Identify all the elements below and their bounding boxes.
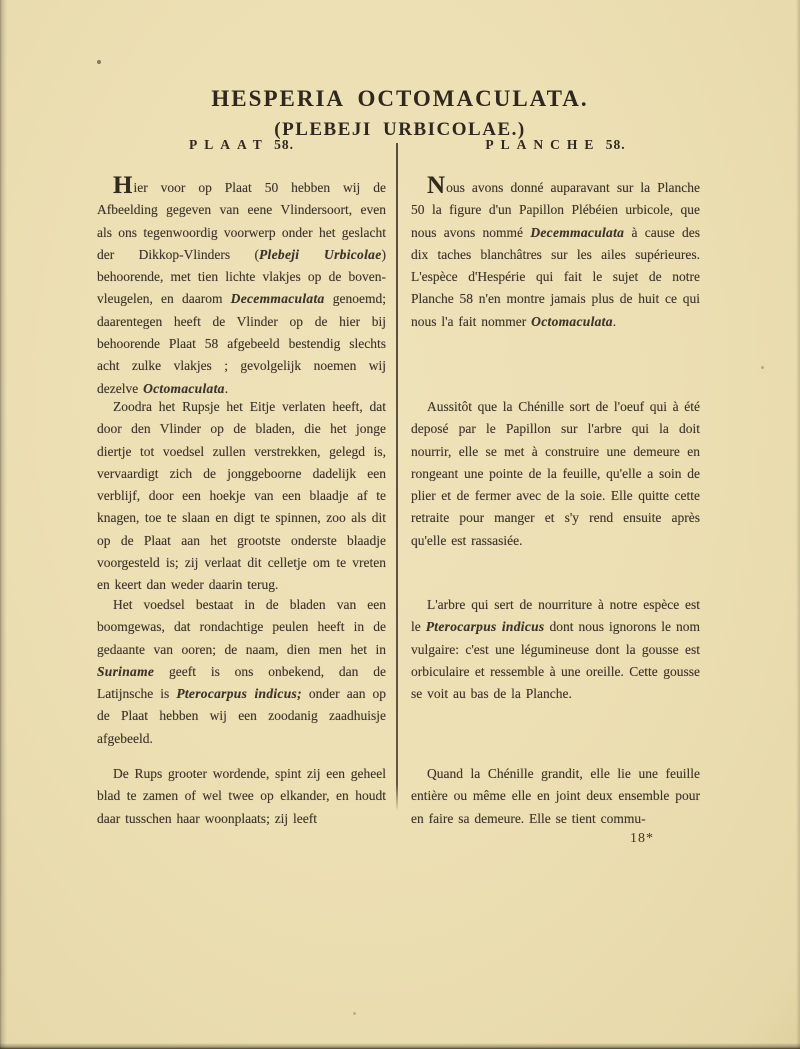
species-name-italic: Octomaculata	[143, 381, 225, 396]
body-text: .	[613, 314, 616, 329]
body-text: Quand la Chénille grandit, elle lie une …	[411, 766, 700, 826]
french-column: PLANCHE 58. Nous avons donné auparavant …	[411, 137, 700, 847]
species-name-italic: Decemmaculata	[231, 291, 325, 306]
page-bottom-edge-shadow	[0, 1043, 800, 1049]
paper-speck	[761, 366, 764, 369]
paragraph: Aussitôt que la Chénille sort de l'oeuf …	[411, 396, 700, 594]
body-text: .	[225, 381, 228, 396]
paragraph: Hier voor op Plaat 50 hebben wij de Afbe…	[97, 172, 386, 396]
column-divider-rule	[396, 143, 398, 811]
species-name-italic: Plebeji Urbicolae	[259, 247, 381, 262]
species-name-italic: Octomaculata	[531, 314, 613, 329]
sheet-signature: 18*	[411, 831, 700, 847]
species-name-italic: Suriname	[97, 664, 154, 679]
body-text: Aussitôt que la Chénille sort de l'oeuf …	[411, 399, 700, 548]
page-left-edge-shadow	[0, 0, 7, 1049]
species-name-italic: Pterocarpus indicus;	[176, 686, 302, 701]
paper-speck	[97, 60, 101, 64]
paragraph: Zoodra het Rupsje het Eitje verlaten hee…	[97, 396, 386, 594]
species-name-italic: Decemmaculata	[530, 225, 624, 240]
body-text: genoemd; daarentegen heeft de Vlinder op…	[97, 291, 386, 395]
left-column-header: PLAAT 58.	[97, 137, 386, 172]
left-column-header-label: PLAAT	[189, 137, 269, 152]
page-right-edge-shadow	[796, 0, 800, 1049]
body-text: Het voedsel bestaat in de bladen van een…	[97, 597, 386, 657]
raised-initial-capital: H	[113, 172, 132, 199]
paragraph: Quand la Chénille grandit, elle lie une …	[411, 763, 700, 830]
body-text: Zoodra het Rupsje het Eitje verlaten hee…	[97, 399, 386, 592]
right-column-header-number: 58.	[606, 137, 626, 152]
body-text: De Rups grooter wordende, spint zij een …	[97, 766, 386, 826]
right-column-header-label: PLANCHE	[485, 137, 600, 152]
left-column-text: Hier voor op Plaat 50 hebben wij de Afbe…	[97, 172, 386, 830]
book-page: HESPERIA OCTOMACULATA. (PLEBEJI URBICOLA…	[0, 0, 800, 1049]
left-column-header-number: 58.	[274, 137, 294, 152]
paragraph: Het voedsel bestaat in de bladen van een…	[97, 594, 386, 763]
paragraph: De Rups grooter wordende, spint zij een …	[97, 763, 386, 830]
two-column-layout: PLAAT 58. Hier voor op Plaat 50 hebben w…	[97, 137, 703, 847]
page-title: HESPERIA OCTOMACULATA.	[0, 86, 800, 112]
species-name-italic: Pterocarpus indicus	[426, 619, 545, 634]
paragraph: Nous avons donné auparavant sur la Planc…	[411, 172, 700, 396]
paper-speck	[353, 1012, 356, 1015]
right-column-text: Nous avons donné auparavant sur la Planc…	[411, 172, 700, 830]
masthead: HESPERIA OCTOMACULATA. (PLEBEJI URBICOLA…	[0, 86, 800, 141]
raised-initial-capital: N	[427, 172, 445, 199]
paragraph: L'arbre qui sert de nourriture à notre e…	[411, 594, 700, 763]
right-column-header: PLANCHE 58.	[411, 137, 700, 172]
dutch-column: PLAAT 58. Hier voor op Plaat 50 hebben w…	[97, 137, 386, 830]
